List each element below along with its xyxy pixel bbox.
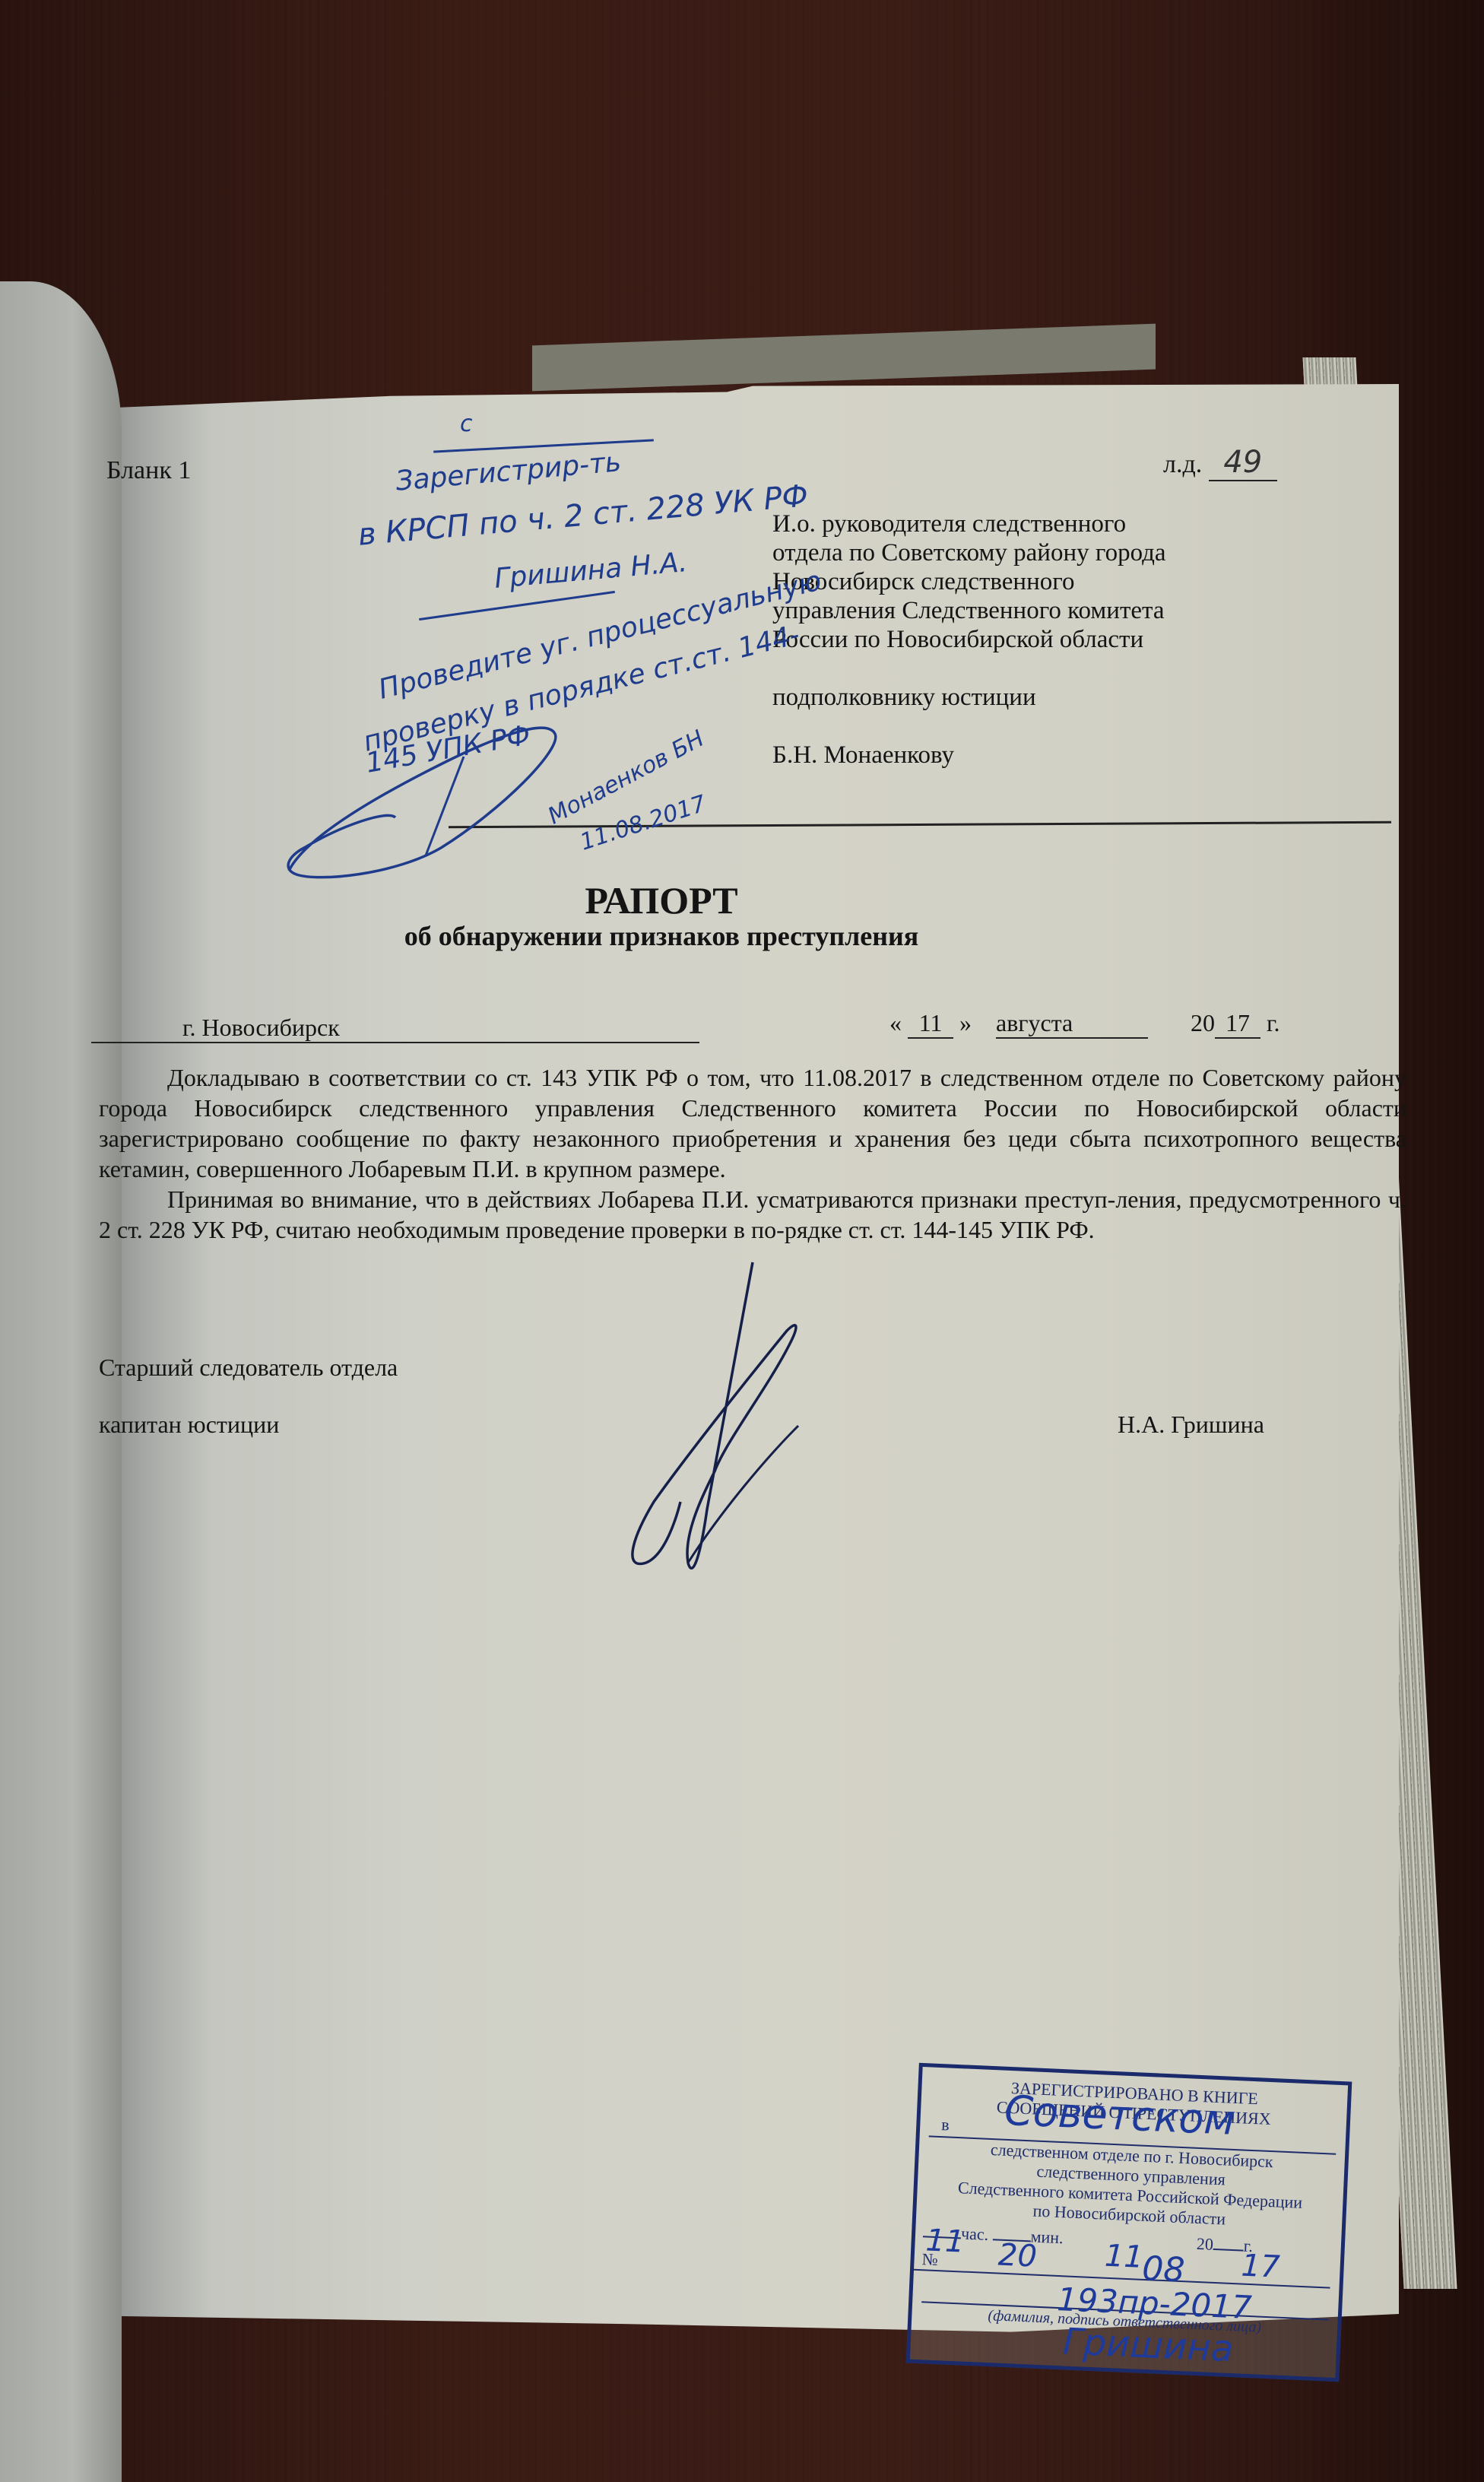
report-body: Докладываю в соответствии со ст. 143 УПК… xyxy=(99,1062,1406,1245)
signer-rank: капитан юстиции xyxy=(99,1411,279,1439)
case-sheet-value: 49 xyxy=(1209,445,1277,481)
case-sheet-label: л.д. xyxy=(1163,450,1202,478)
date-year-mark: г. xyxy=(1267,1009,1280,1036)
date-field: « 11 » августа 2017 г. xyxy=(889,1009,1280,1039)
stamp-in-label: в xyxy=(941,2115,950,2134)
stamp-hand-responsible: Гришина xyxy=(1063,2331,1234,2359)
stamp-hand-month: 08 xyxy=(1142,2259,1185,2280)
document-title: РАПОРТ xyxy=(106,878,1216,922)
date-day: 11 xyxy=(908,1009,953,1039)
resolution-line: Зарегистрир-ть xyxy=(395,446,623,497)
signer-signature-icon xyxy=(593,1258,912,1593)
place-field: г. Новосибирск xyxy=(91,1014,699,1043)
stamp-hand-year: 17 xyxy=(1241,2256,1280,2277)
body-paragraph: Докладываю в соответствии со ст. 143 УПК… xyxy=(99,1062,1406,1184)
stamp-hand-dept: Советском xyxy=(1004,2101,1235,2131)
resolution-line: Гришина Н.А. xyxy=(493,547,689,595)
stamp-hand-minute: 20 xyxy=(997,2246,1037,2267)
stamp-year-prefix: 20 xyxy=(1196,2234,1213,2254)
document-content: Бланк 1 л.д. 49 И.о. руководителя следст… xyxy=(106,384,1338,2361)
document-subtitle: об обнаружении признаков преступления xyxy=(106,920,1216,952)
body-paragraph: Принимая во внимание, что в действиях Ло… xyxy=(99,1184,1406,1245)
resolution-underline xyxy=(419,591,615,620)
stamp-hand-hour: 11 xyxy=(925,2230,965,2252)
registration-stamp: ЗАРЕГИСТРИРОВАНО В КНИГЕ СООБЩЕНИЙ О ПРЕ… xyxy=(906,2063,1352,2382)
case-sheet-number: л.д. 49 xyxy=(1163,445,1277,481)
stamp-hand-number: 193пр-2017 xyxy=(1057,2290,1252,2318)
date-open-quote: « xyxy=(889,1009,902,1036)
signer-position: Старший следователь отдела xyxy=(99,1354,398,1382)
resolution-line: с xyxy=(460,411,473,437)
resolution-underline xyxy=(433,439,654,452)
date-close-quote: » xyxy=(959,1009,972,1036)
date-month: августа xyxy=(996,1009,1148,1039)
stamp-hand-day: 11 xyxy=(1104,2246,1143,2268)
handwritten-resolution: с Зарегистрир-ть в КРСП по ч. 2 ст. 228 … xyxy=(243,414,867,810)
curled-left-page xyxy=(0,281,122,2482)
date-year-suffix: 17 xyxy=(1215,1009,1260,1039)
date-year-prefix: 20 xyxy=(1191,1009,1215,1036)
signer-name: Н.А. Гришина xyxy=(1118,1411,1264,1439)
form-label: Бланк 1 xyxy=(106,456,191,485)
